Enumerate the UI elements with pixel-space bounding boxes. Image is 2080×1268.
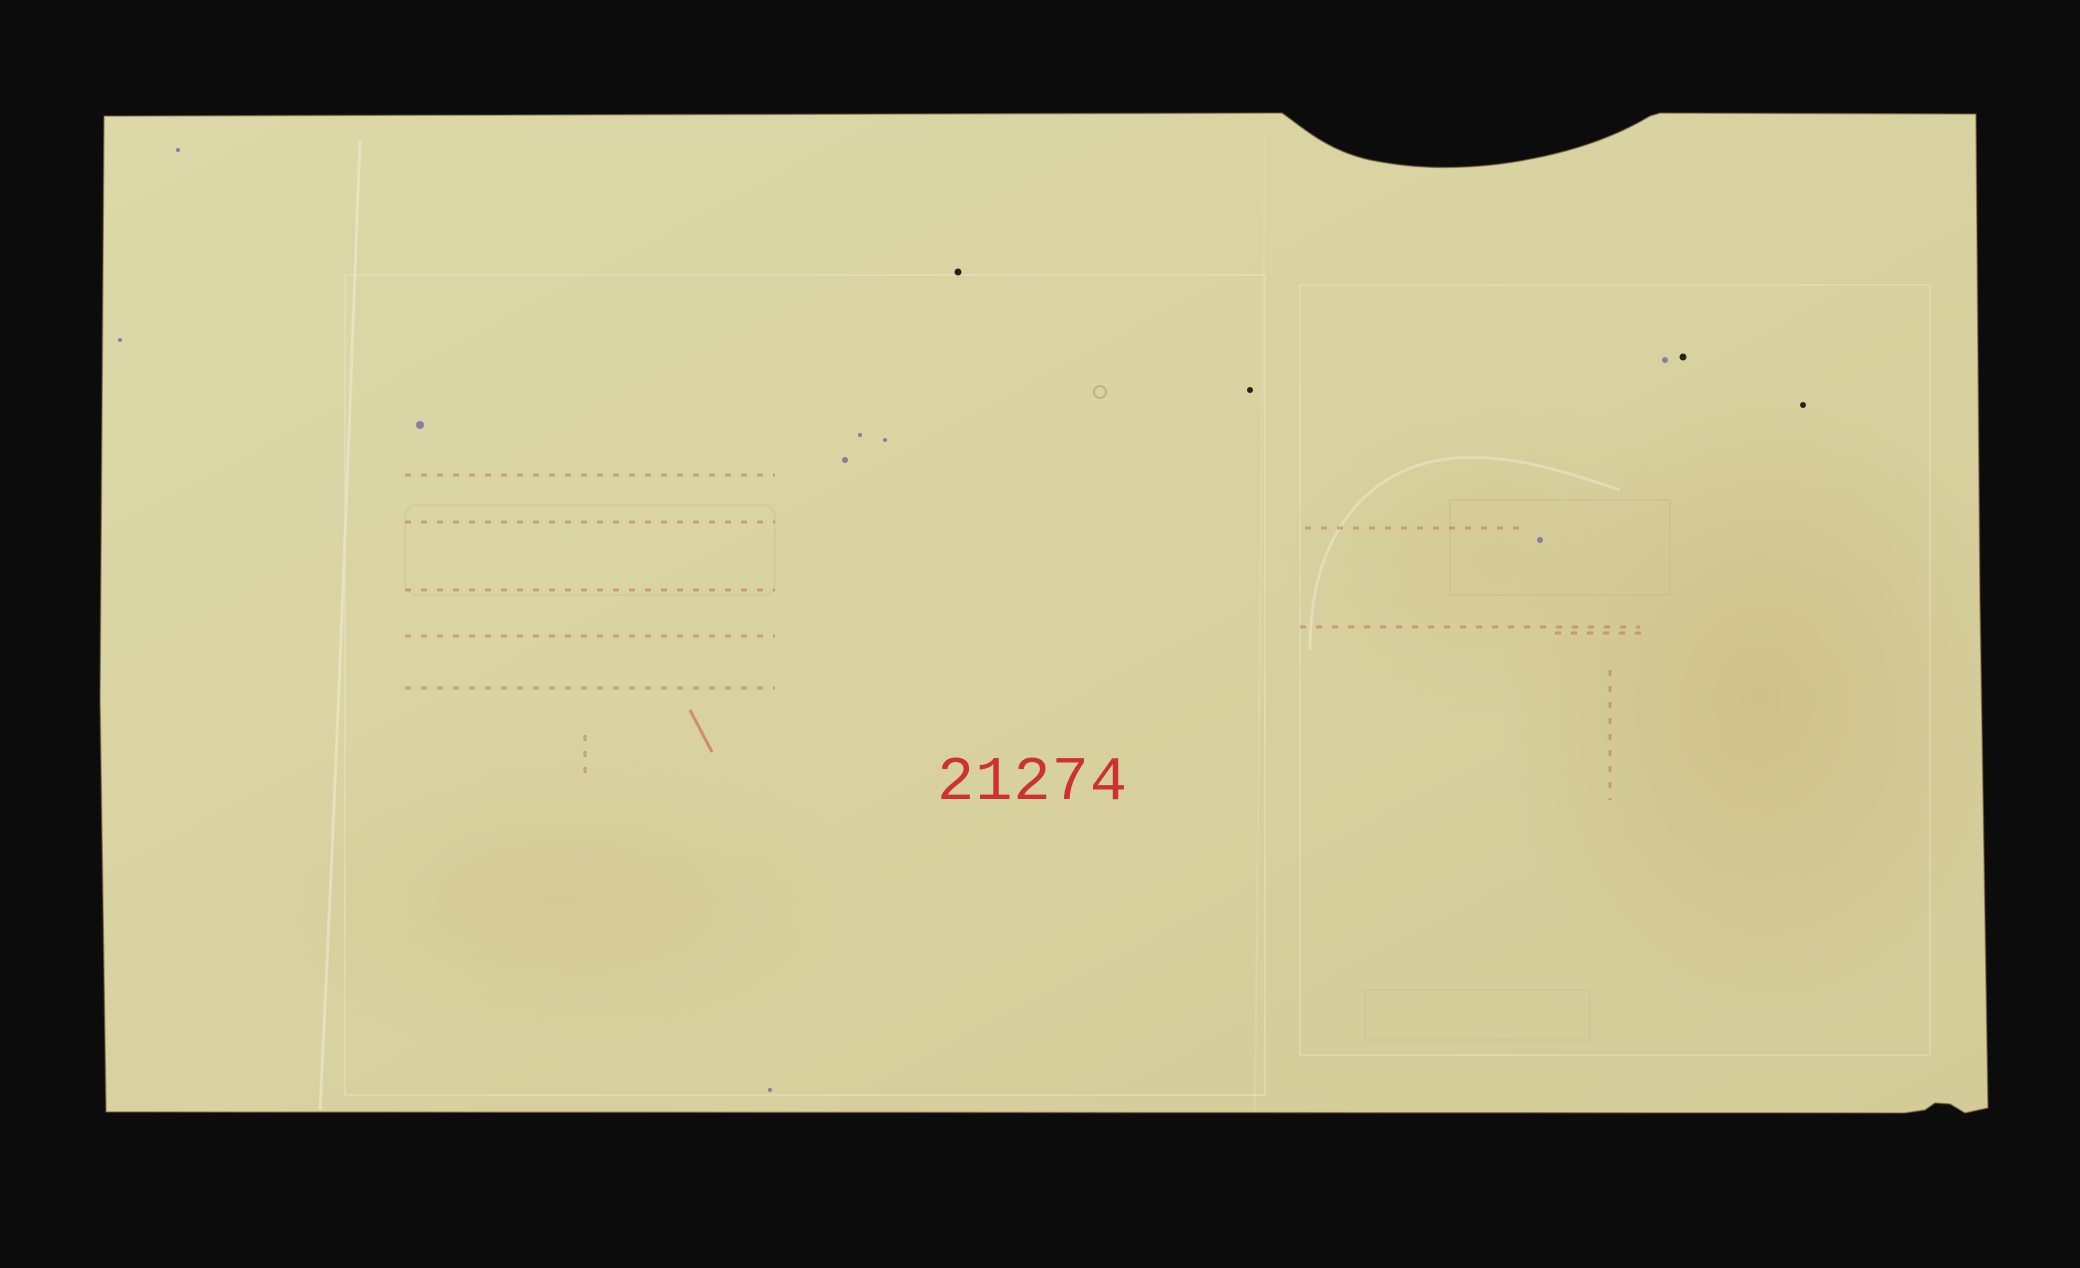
serial-number: 21274 <box>937 752 1128 814</box>
photo-scene <box>0 0 2080 1268</box>
